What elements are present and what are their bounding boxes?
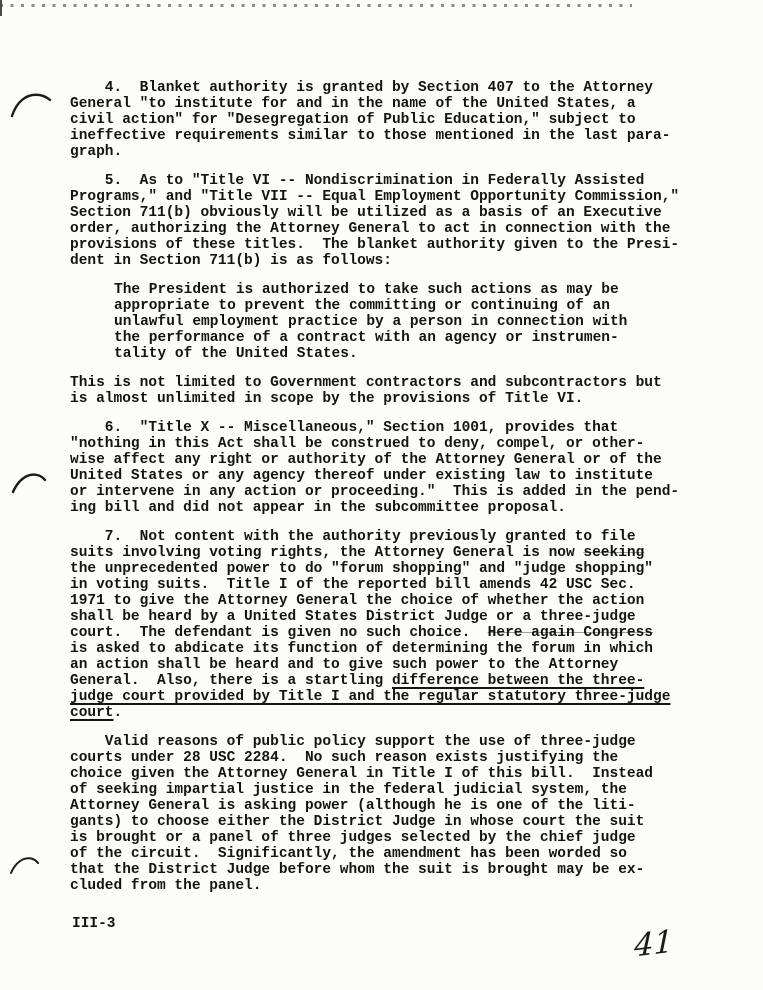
text-segment: is almost unlimited in scope by the prov… [70, 391, 583, 407]
document-body: 4. Blanket authority is granted by Secti… [70, 80, 720, 907]
text-segment: General. Also, there is a startling [70, 673, 392, 689]
text-segment: civil action" for "Desegregation of Publ… [70, 112, 636, 128]
text-segment: in voting suits. Title I of the reported… [70, 577, 636, 593]
text-line: ing bill and did not appear in the subco… [70, 500, 720, 516]
smudged-text: seeking [583, 545, 644, 561]
text-segment: graph. [70, 144, 122, 160]
text-segment: The President is authorized to take such… [114, 282, 619, 298]
text-segment: ing bill and did not appear in the subco… [70, 500, 566, 516]
text-line: is almost unlimited in scope by the prov… [70, 391, 720, 407]
text-line: General. Also, there is a startling diff… [70, 673, 720, 689]
text-segment: the unprecedented power to do "forum sho… [70, 561, 653, 577]
text-line: courts under 28 USC 2284. No such reason… [70, 750, 720, 766]
text-line: gants) to choose either the District Jud… [70, 814, 720, 830]
scanned-document-page: 4. Blanket authority is granted by Secti… [0, 0, 763, 990]
text-line: civil action" for "Desegregation of Publ… [70, 112, 720, 128]
text-line: choice given the Attorney General in Tit… [70, 766, 720, 782]
text-line: General "to institute for and in the nam… [70, 96, 720, 112]
text-segment: or intervene in any action or proceeding… [70, 484, 679, 500]
text-segment: ineffective requirements similar to thos… [70, 128, 670, 144]
text-segment: This is not limited to Government contra… [70, 375, 662, 391]
text-line: of the circuit. Significantly, the amend… [70, 846, 720, 862]
text-segment: choice given the Attorney General in Tit… [70, 766, 653, 782]
text-segment: of the circuit. Significantly, the amend… [70, 846, 627, 862]
text-line: Section 711(b) obviously will be utilize… [70, 205, 720, 221]
paragraph: This is not limited to Government contra… [70, 375, 720, 407]
text-segment: 5. As to "Title VI -- Nondiscrimination … [70, 173, 644, 189]
paragraph: 4. Blanket authority is granted by Secti… [70, 80, 720, 160]
handwritten-margin-mark-icon [8, 90, 56, 120]
text-line: 7. Not content with the authority previo… [70, 529, 720, 545]
page-number: III-3 [72, 916, 116, 932]
text-segment: suits involving voting rights, the Attor… [70, 545, 583, 561]
text-line: 1971 to give the Attorney General the ch… [70, 593, 720, 609]
underlined-text: judge court provided by Title I and the … [70, 689, 670, 705]
text-segment: dent in Section 711(b) is as follows: [70, 253, 392, 269]
text-line: "nothing in this Act shall be construed … [70, 436, 720, 452]
text-segment: Attorney General is asking power (althou… [70, 798, 636, 814]
text-segment: the performance of a contract with an ag… [114, 330, 619, 346]
text-segment: unlawful employment practice by a person… [114, 314, 627, 330]
text-line: is asked to abdicate its function of det… [70, 641, 720, 657]
text-segment: wise affect any right or authority of th… [70, 452, 662, 468]
text-line: Attorney General is asking power (althou… [70, 798, 720, 814]
text-line: 5. As to "Title VI -- Nondiscrimination … [70, 173, 720, 189]
text-line: in voting suits. Title I of the reported… [70, 577, 720, 593]
text-segment: Valid reasons of public policy support t… [70, 734, 636, 750]
handwritten-margin-mark-icon [10, 472, 50, 496]
text-segment: 6. "Title X -- Miscellaneous," Section 1… [70, 420, 618, 436]
text-segment: provisions of these titles. The blanket … [70, 237, 679, 253]
text-line: wise affect any right or authority of th… [70, 452, 720, 468]
scan-edge-mark [0, 0, 2, 16]
text-line: court. The defendant is given no such ch… [70, 625, 720, 641]
text-line: dent in Section 711(b) is as follows: [70, 253, 720, 269]
text-segment: 4. Blanket authority is granted by Secti… [70, 80, 653, 96]
text-line: Valid reasons of public policy support t… [70, 734, 720, 750]
blockquote: The President is authorized to take such… [70, 282, 720, 362]
text-segment: appropriate to prevent the committing or… [114, 298, 610, 314]
underlined-text: difference between the three- [392, 673, 644, 689]
paragraph: 6. "Title X -- Miscellaneous," Section 1… [70, 420, 720, 516]
text-segment: an action shall be heard and to give suc… [70, 657, 618, 673]
text-line: provisions of these titles. The blanket … [70, 237, 720, 253]
text-line: ineffective requirements similar to thos… [70, 128, 720, 144]
text-line: tality of the United States. [114, 346, 720, 362]
smudged-text: Here again Congress [488, 625, 653, 641]
text-line: an action shall be heard and to give suc… [70, 657, 720, 673]
paragraph: 5. As to "Title VI -- Nondiscrimination … [70, 173, 720, 269]
text-segment: gants) to choose either the District Jud… [70, 814, 644, 830]
top-dotted-line [0, 4, 632, 7]
text-line: 4. Blanket authority is granted by Secti… [70, 80, 720, 96]
text-line: graph. [70, 144, 720, 160]
text-line: court. [70, 705, 720, 721]
text-line: The President is authorized to take such… [114, 282, 720, 298]
handwritten-folio-number: 41 [634, 923, 674, 964]
text-line: This is not limited to Government contra… [70, 375, 720, 391]
underlined-text: court [70, 705, 114, 721]
text-segment: cluded from the panel. [70, 878, 261, 894]
text-segment: . [114, 705, 123, 721]
text-line: judge court provided by Title I and the … [70, 689, 720, 705]
text-line: is brought or a panel of three judges se… [70, 830, 720, 846]
text-segment: General "to institute for and in the nam… [70, 96, 636, 112]
paragraph: 7. Not content with the authority previo… [70, 529, 720, 721]
text-segment: 7. Not content with the authority previo… [70, 529, 636, 545]
text-segment: is asked to abdicate its function of det… [70, 641, 653, 657]
text-segment: of seeking impartial justice in the fede… [70, 782, 627, 798]
text-segment: Section 711(b) obviously will be utilize… [70, 205, 662, 221]
text-segment: Programs," and "Title VII -- Equal Emplo… [70, 189, 679, 205]
text-segment: United States or any agency thereof unde… [70, 468, 653, 484]
text-segment: order, authorizing the Attorney General … [70, 221, 670, 237]
text-line: the unprecedented power to do "forum sho… [70, 561, 720, 577]
text-segment: tality of the United States. [114, 346, 358, 362]
text-line: cluded from the panel. [70, 878, 720, 894]
text-segment: that the District Judge before whom the … [70, 862, 644, 878]
text-line: of seeking impartial justice in the fede… [70, 782, 720, 798]
text-line: Programs," and "Title VII -- Equal Emplo… [70, 189, 720, 205]
text-line: appropriate to prevent the committing or… [114, 298, 720, 314]
text-segment: shall be heard by a United States Distri… [70, 609, 636, 625]
text-line: United States or any agency thereof unde… [70, 468, 720, 484]
text-segment: courts under 28 USC 2284. No such reason… [70, 750, 618, 766]
text-segment: is brought or a panel of three judges se… [70, 830, 636, 846]
text-line: shall be heard by a United States Distri… [70, 609, 720, 625]
handwritten-margin-mark-icon [8, 855, 42, 877]
paragraph: Valid reasons of public policy support t… [70, 734, 720, 894]
text-segment: "nothing in this Act shall be construed … [70, 436, 644, 452]
text-segment: court. The defendant is given no such ch… [70, 625, 488, 641]
text-line: suits involving voting rights, the Attor… [70, 545, 720, 561]
text-line: unlawful employment practice by a person… [114, 314, 720, 330]
text-line: the performance of a contract with an ag… [114, 330, 720, 346]
text-line: 6. "Title X -- Miscellaneous," Section 1… [70, 420, 720, 436]
text-segment: 1971 to give the Attorney General the ch… [70, 593, 644, 609]
text-line: that the District Judge before whom the … [70, 862, 720, 878]
text-line: or intervene in any action or proceeding… [70, 484, 720, 500]
text-line: order, authorizing the Attorney General … [70, 221, 720, 237]
